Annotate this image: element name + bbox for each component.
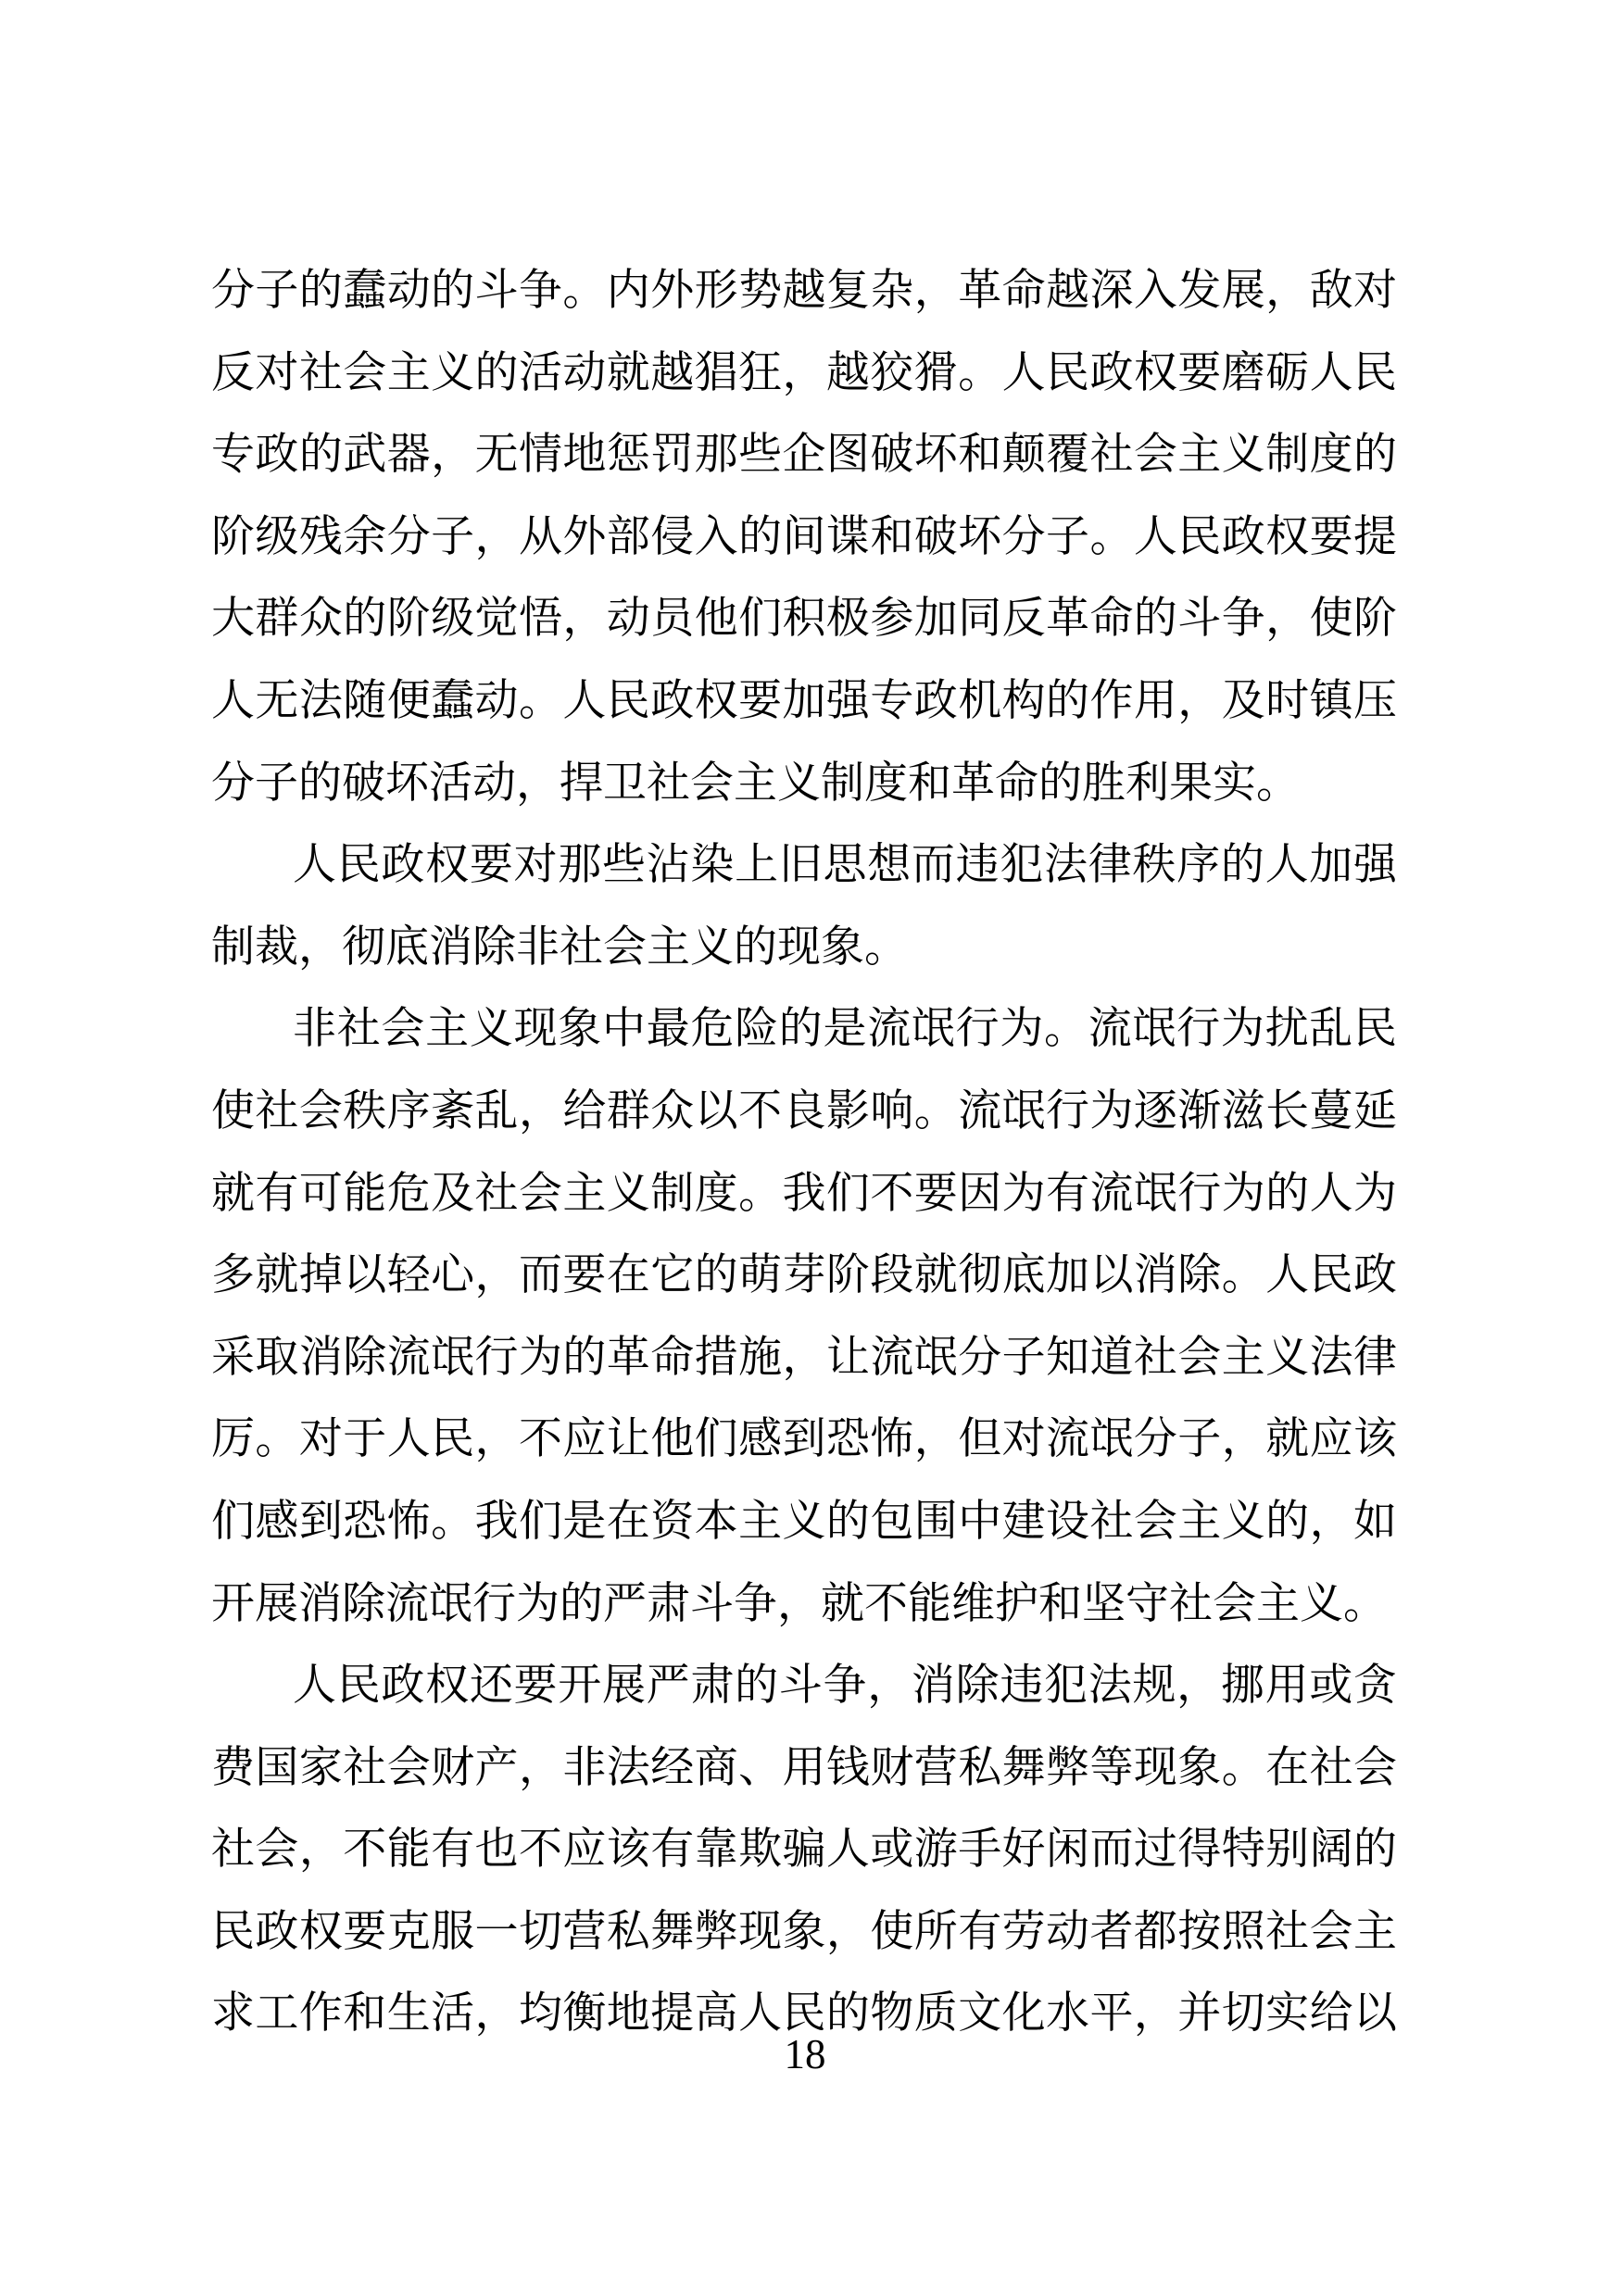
text-line: 厉。对于人民，不应让他们感到恐怖，但对流氓分子，就应该使他 [211,1399,1397,1481]
text-line: 阶级残余分子，从外部侵入的间谍和破坏分子。人民政权要提高广 [211,496,1397,579]
text-line: 费国家社会财产，非法经商、用钱财营私舞弊等现象。在社会主义 [211,1727,1397,1810]
text-line: 专政的武器，无情地惩罚那些企图破坏和颠覆社会主义制度的剥削 [211,414,1397,496]
text-line: 人无法随便蠢动。人民政权要加强专政机构的作用，及时镇压敌对 [211,660,1397,743]
text-line: 人民政权要对那些沾染上旧思想而违犯法律秩序的人加强法律 [211,824,1397,907]
paragraph: 分子的蠢动的斗争。内外形势越复杂，革命越深入发展，敌对分子 反对社会主义的活动就… [211,250,1397,824]
text-line: 多就掉以轻心，而要在它的萌芽阶段就彻底加以消除。人民政权要 [211,1235,1397,1317]
text-line: 反对社会主义的活动就越猖狂，越狡猾。人民政权要磨砺人民民主 [211,332,1397,415]
text-line: 民政权要克服一切营私舞弊现象，使所有劳动者都按照社会主义的要 [211,1891,1397,1974]
text-line: 采取消除流氓行为的革命措施，让流氓分子知道社会主义法律的严 [211,1317,1397,1399]
text-line: 大群众的阶级觉悟，动员他们积极参加同反革命的斗争，使阶级敌 [211,578,1397,660]
text-line: 非社会主义现象中最危险的是流氓行为。流氓行为扰乱民心， [211,988,1397,1071]
paragraph: 人民政权还要开展严肃的斗争，消除违犯法规，挪用或贪污浪 费国家社会财产，非法经商… [211,1645,1397,2055]
text-line: 社会，不能有也不应该有靠欺骗人或游手好闲而过得特别阔的人。人 [211,1809,1397,1891]
text-line: 人民政权还要开展严肃的斗争，消除违犯法规，挪用或贪污浪 [211,1645,1397,1727]
text-line: 制裁，彻底消除非社会主义的现象。 [211,907,1397,989]
text-line: 使社会秩序紊乱，给群众以不良影响。流氓行为逐渐滋长蔓延起来， [211,1071,1397,1153]
text-line: 就有可能危及社会主义制度。我们不要因为有流氓行为的人为数不 [211,1153,1397,1236]
document-page: 分子的蠢动的斗争。内外形势越复杂，革命越深入发展，敌对分子 反对社会主义的活动就… [0,0,1610,2296]
text-line: 分子的蠢动的斗争。内外形势越复杂，革命越深入发展，敌对分子 [211,250,1397,332]
text-line: 们感到恐怖。我们是在资本主义的包围中建设社会主义的，如果不 [211,1481,1397,1563]
page-number: 18 [0,2031,1610,2077]
paragraph: 人民政权要对那些沾染上旧思想而违犯法律秩序的人加强法律 制裁，彻底消除非社会主义… [211,824,1397,988]
text-line: 开展消除流氓行为的严肃斗争，就不能维护和坚守社会主义。 [211,1563,1397,1646]
paragraph: 非社会主义现象中最危险的是流氓行为。流氓行为扰乱民心， 使社会秩序紊乱，给群众以… [211,988,1397,1645]
text-line: 分子的破坏活动，捍卫社会主义制度和革命的胜利果实。 [211,743,1397,825]
body-text: 分子的蠢动的斗争。内外形势越复杂，革命越深入发展，敌对分子 反对社会主义的活动就… [211,250,1397,2055]
